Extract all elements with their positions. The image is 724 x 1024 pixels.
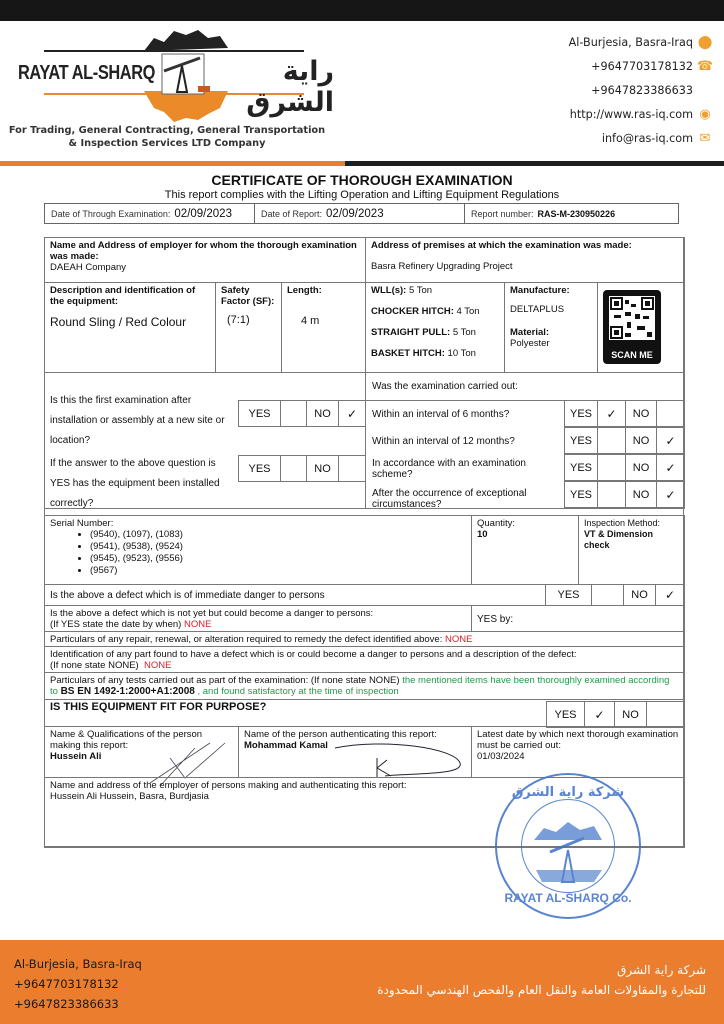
manufacture-cell: Manufacture: DELTAPLUS Material: Polyest… [504,282,598,373]
fit-yes-checkbox[interactable]: ✓ [585,702,615,727]
qr-code-icon [609,296,655,340]
contact-info: Al-Burjesia, Basra-Iraq⬤ +9647703178132☎… [569,30,712,150]
exceptional-no-checkbox[interactable]: ✓ [657,482,684,507]
company-stamp: شركة راية الشرق RAYAT AL-SHARQ Co. [495,773,641,919]
exam-scheme-no-checkbox[interactable]: ✓ [657,455,684,480]
question-installed-correctly: If the answer to the above question is Y… [50,454,235,514]
yes-by-cell: YES by: [471,605,685,632]
question-6-months: Within an interval of 6 months? [372,409,509,420]
six-months-yes-checkbox[interactable]: ✓ [598,401,626,426]
question-first-exam: Is this the first examination after inst… [50,391,235,451]
qr-code[interactable]: SCAN ME [603,290,661,364]
serial-item: (9541), (9538), (9524) [90,541,466,553]
report-date-field: Date of Report:02/09/2023 [255,204,465,223]
serial-number-list: (9540), (1097), (1083) (9541), (9538), (… [90,529,466,577]
part-defect-value: NONE [144,660,171,671]
twelve-months-yes-checkbox[interactable] [598,428,626,453]
next-exam-cell: Latest date by which next thorough exami… [471,726,685,778]
serial-number-cell: Serial Number: (9540), (1097), (1083) (9… [44,515,472,585]
length-cell: Length: 4 m [281,282,366,373]
serial-item: (9545), (9523), (9556) [90,553,466,565]
immediate-yes-checkbox[interactable] [592,585,624,605]
twelve-months-no-checkbox[interactable]: ✓ [657,428,684,453]
examination-form: Name and Address of employer for whom th… [44,237,684,847]
repair-value: NONE [445,634,472,645]
footer-contact: Al-Burjesia, Basra-Iraq +9647703178132 +… [14,954,142,1014]
equipment-description: Round Sling / Red Colour [50,317,210,328]
premises-cell: Address of premises at which the examina… [365,237,685,283]
manufacture-value: DELTAPLUS [510,304,592,315]
test-standard: BS EN 1492-1:2000+A1:2008 [61,686,195,697]
wll-cell: WLL(s): 5 Ton CHOCKER HITCH: 4 Ton STRAI… [365,282,505,373]
length-value: 4 m [287,316,360,327]
exceptional-yes-checkbox[interactable] [598,482,626,507]
part-defect-row: Identification of any part found to have… [44,646,685,673]
six-months-yes-no: YES ✓ NO [564,400,685,427]
next-exam-date: 01/03/2024 [477,751,679,762]
contact-email[interactable]: info@ras-iq.com✉ [569,126,712,150]
phone-icon: ☎ [698,59,712,73]
footer: Al-Burjesia, Basra-Iraq +9647703178132 +… [0,940,724,1024]
future-danger-cell: Is the above a defect which is not yet b… [44,605,472,632]
serial-item: (9567) [90,565,466,577]
certificate-subtitle: This report complies with the Lifting Op… [0,189,724,201]
quantity-cell: Quantity: 10 [471,515,579,585]
stamp-oil-pump-icon [521,799,615,893]
future-danger-value: NONE [184,619,211,630]
exam-date-field: Date of Through Examination:02/09/2023 [45,204,255,223]
serial-item: (9540), (1097), (1083) [90,529,466,541]
footer-arabic-name: شركة راية الشرق للتجارة والمقاولات العام… [377,960,706,1000]
envelope-icon: ✉ [698,131,712,145]
equipment-description-cell: Description and identification of the eq… [44,282,216,373]
question-exceptional: After the occurrence of exceptional circ… [372,488,557,510]
right-questions-heading: Was the examination carried out: [372,381,518,392]
safety-factor-value: (7:1) [221,315,276,326]
logo-arabic-name: راية الشرق [210,56,334,118]
immediate-danger-yes-no: YES NO ✓ [545,584,685,606]
twelve-months-yes-no: YES NO ✓ [564,427,685,454]
contact-address: Al-Burjesia, Basra-Iraq⬤ [569,30,712,54]
footer-address: Al-Burjesia, Basra-Iraq [14,954,142,974]
question-exam-scheme: In accordance with an examination scheme… [372,458,557,480]
tagline-line-2: & Inspection Services LTD Company [0,137,334,150]
footer-phone-1[interactable]: +9647703178132 [14,974,142,994]
contact-website[interactable]: http://www.ras-iq.com◉ [569,102,712,126]
dates-row: Date of Through Examination:02/09/2023 D… [44,203,679,224]
contact-phone-1[interactable]: +9647703178132☎ [569,54,712,78]
exceptional-yes-no: YES NO ✓ [564,481,685,508]
company-tagline: For Trading, General Contracting, Genera… [0,124,334,150]
footer-phone-2[interactable]: +9647823386633 [14,994,142,1014]
installed-correctly-yes-no: YES NO [238,455,366,482]
first-exam-yes-no: YES NO ✓ [238,400,366,427]
six-months-no-checkbox[interactable] [657,401,684,426]
first-exam-no-checkbox[interactable]: ✓ [339,401,365,426]
employer-value: DAEAH Company [50,262,360,273]
exam-scheme-yes-no: YES NO ✓ [564,454,685,481]
logo-english-name: RAYAT AL-SHARQ [18,62,155,85]
immediate-no-checkbox[interactable]: ✓ [656,585,684,605]
employer-cell: Name and Address of employer for whom th… [44,237,366,283]
certificate-title: CERTIFICATE OF THOROUGH EXAMINATION [0,172,724,188]
inspection-method-cell: Inspection Method: VT & Dimension check [578,515,685,585]
safety-factor-cell: Safety Factor (SF): (7:1) [215,282,282,373]
question-12-months: Within an interval of 12 months? [372,436,515,447]
fit-for-purpose-yes-no: YES ✓ NO [546,701,685,728]
tagline-line-1: For Trading, General Contracting, Genera… [0,124,334,137]
first-exam-yes-checkbox[interactable] [281,401,307,426]
qr-label: SCAN ME [603,350,661,360]
header-divider [0,161,724,166]
material-value: Polyester [510,338,592,349]
authenticator-name: Mohammad Kamal [244,740,328,751]
installed-no-checkbox[interactable] [339,456,365,481]
fit-no-checkbox[interactable] [647,702,684,727]
inspection-method-value: VT & Dimension check [584,529,679,551]
report-number-field: Report number:RAS-M-230950226 [465,204,678,223]
installed-yes-checkbox[interactable] [281,456,307,481]
exam-scheme-yes-checkbox[interactable] [598,455,626,480]
contact-phone-2[interactable]: +9647823386633☎ [569,78,712,102]
location-pin-icon: ⬤ [698,35,712,49]
quantity-value: 10 [477,529,573,540]
tests-row: Particulars of any tests carried out as … [44,672,685,700]
top-bar [0,0,724,21]
repair-row: Particulars of any repair, renewal, or a… [44,631,685,647]
premises-value: Basra Refinery Upgrading Project [371,261,679,272]
company-logo: RAYAT AL-SHARQ راية الشرق [14,26,334,126]
globe-icon: ◉ [698,107,712,121]
